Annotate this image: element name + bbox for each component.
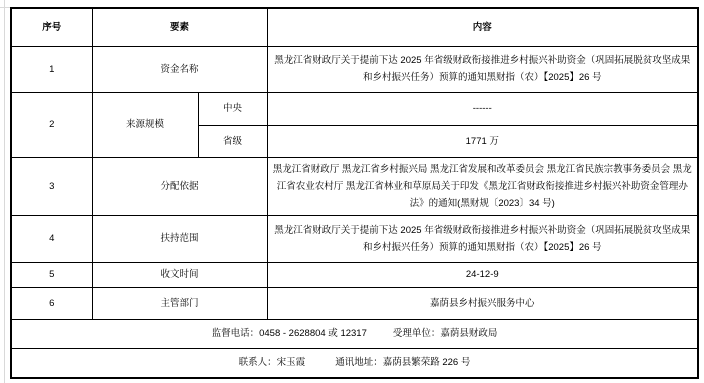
- row-4-label: 扶持范围: [92, 215, 267, 262]
- accepting-unit-value: 嘉荫县财政局: [440, 328, 497, 339]
- footer-contact-cell: 联系人：宋玉霞通讯地址：嘉荫县繁荣路 226 号: [11, 348, 698, 378]
- row-5-content: 24-12-9: [267, 262, 698, 287]
- table-row: 3 分配依据 黑龙江省财政厅 黑龙江省乡村振兴局 黑龙江省发展和改革委员会 黑龙…: [11, 157, 698, 215]
- row-4-content: 黑龙江省财政厅关于提前下达 2025 年省级财政衔接推进乡村振兴补助资金（巩固拓…: [267, 215, 698, 262]
- spreadsheet-gridline-vertical: [4, 0, 5, 383]
- header-index: 序号: [11, 8, 92, 46]
- row-1-no: 1: [11, 46, 92, 92]
- row-3-no: 3: [11, 157, 92, 215]
- row-5-label: 收文时间: [92, 262, 267, 287]
- row-3-label: 分配依据: [92, 157, 267, 215]
- table-row: 2 来源规模 中央 ------: [11, 92, 698, 125]
- row-6-content: 嘉荫县乡村振兴服务中心: [267, 287, 698, 319]
- fund-info-table: 序号 要素 内容 1 资金名称 黑龙江省财政厅关于提前下达 2025 年省级财政…: [10, 7, 699, 379]
- table-row: 5 收文时间 24-12-9: [11, 262, 698, 287]
- table-row: 4 扶持范围 黑龙江省财政厅关于提前下达 2025 年省级财政衔接推进乡村振兴补…: [11, 215, 698, 262]
- address-value: 嘉荫县繁荣路 226 号: [383, 357, 471, 368]
- address-label: 通讯地址：: [335, 357, 383, 368]
- contact-value: 宋玉霞: [277, 357, 306, 368]
- row-6-label: 主管部门: [92, 287, 267, 319]
- supervision-phone-value: 0458 - 2628804 或 12317: [259, 328, 367, 339]
- row-4-no: 4: [11, 215, 92, 262]
- document-page: 序号 要素 内容 1 资金名称 黑龙江省财政厅关于提前下达 2025 年省级财政…: [0, 0, 704, 383]
- row-5-no: 5: [11, 262, 92, 287]
- table-footer-row: 监督电话：0458 - 2628804 或 12317受理单位：嘉荫县财政局: [11, 319, 698, 348]
- row-2-sub-province-label: 省级: [198, 125, 267, 157]
- supervision-phone-label: 监督电话：: [212, 328, 260, 339]
- row-3-content: 黑龙江省财政厅 黑龙江省乡村振兴局 黑龙江省发展和改革委员会 黑龙江省民族宗教事…: [267, 157, 698, 215]
- row-2-sub-central-value: ------: [267, 92, 698, 125]
- footer-supervision-cell: 监督电话：0458 - 2628804 或 12317受理单位：嘉荫县财政局: [11, 319, 698, 348]
- table-row: 6 主管部门 嘉荫县乡村振兴服务中心: [11, 287, 698, 319]
- table-row: 1 资金名称 黑龙江省财政厅关于提前下达 2025 年省级财政衔接推进乡村振兴补…: [11, 46, 698, 92]
- table-footer-row: 联系人：宋玉霞通讯地址：嘉荫县繁荣路 226 号: [11, 348, 698, 378]
- contact-label: 联系人：: [239, 357, 277, 368]
- row-2-sub-province-value: 1771 万: [267, 125, 698, 157]
- row-2-label: 来源规模: [92, 92, 198, 157]
- table-header-row: 序号 要素 内容: [11, 8, 698, 46]
- header-element: 要素: [92, 8, 267, 46]
- row-6-no: 6: [11, 287, 92, 319]
- row-2-no: 2: [11, 92, 92, 157]
- row-1-label: 资金名称: [92, 46, 267, 92]
- row-1-content: 黑龙江省财政厅关于提前下达 2025 年省级财政衔接推进乡村振兴补助资金（巩固拓…: [267, 46, 698, 92]
- row-2-sub-central-label: 中央: [198, 92, 267, 125]
- header-content: 内容: [267, 8, 698, 46]
- accepting-unit-label: 受理单位：: [393, 328, 441, 339]
